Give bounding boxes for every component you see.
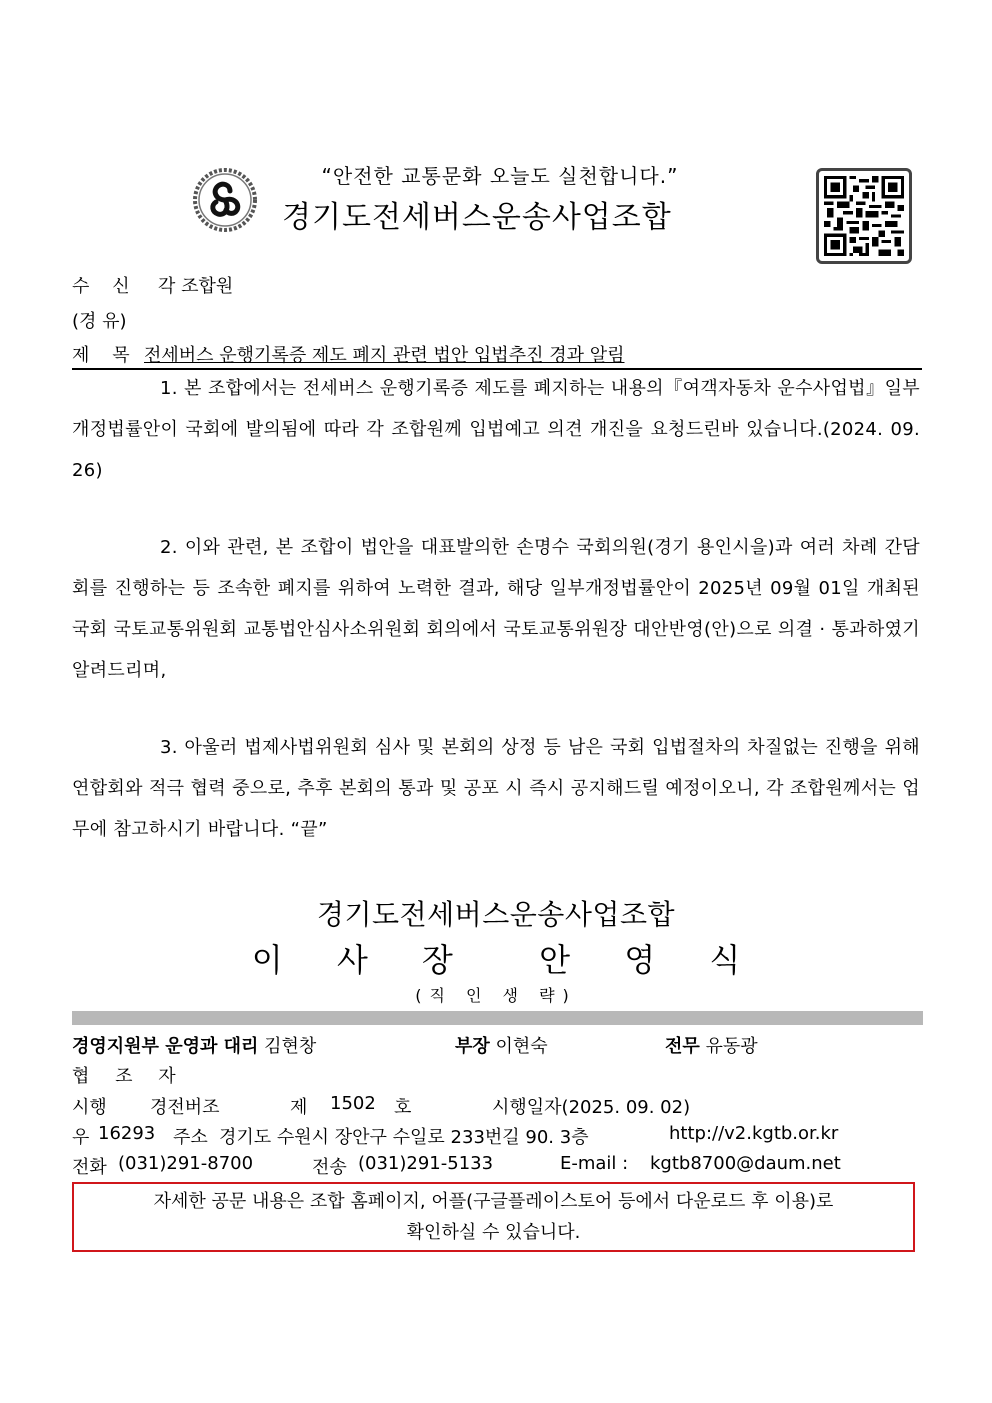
address-label: 주소 — [173, 1123, 208, 1149]
staff-item: 전무 유동광 — [665, 1032, 758, 1058]
staff-name: 김현창 — [264, 1036, 316, 1057]
doc-number-suffix: 호 — [394, 1093, 411, 1119]
recipient-row: 수 신각 조합원 — [72, 272, 233, 298]
enforcement-dept: 경전버조 — [150, 1093, 220, 1119]
notice-box: 자세한 공문 내용은 조합 홈페이지, 어플(구글플레이스토어 등에서 다운로드… — [72, 1182, 915, 1252]
org-title: 경기도전세버스운송사업조합 — [282, 192, 672, 236]
address-value: 경기도 수원시 장안구 수일로 233번길 90. 3층 — [219, 1123, 589, 1149]
email-link[interactable]: kgtb8700@daum.net — [650, 1153, 841, 1174]
recipient-label: 수 신 — [72, 272, 158, 298]
phone-value: (031)291-8700 — [118, 1153, 253, 1174]
doc-number-prefix: 제 — [290, 1093, 307, 1119]
address-row: 우 16293 주소 경기도 수원시 장안구 수일로 233번길 90. 3층 … — [72, 1123, 922, 1147]
subject-value: 전세버스 운행기록증 제도 폐지 관련 법안 입법추진 경과 알림 — [144, 345, 624, 366]
signature-title-name: 이 사 장 안 영 식 — [0, 935, 992, 981]
fax-label: 전송 — [312, 1153, 347, 1179]
qr-code-icon[interactable] — [816, 168, 912, 264]
postal-label: 우 — [72, 1123, 89, 1149]
staff-row: 경영지원부 운영과 대리 김현창 부장 이현숙 전무 유동광 — [72, 1032, 922, 1056]
body-paragraph-3: 3. 아울러 법제사법위원회 심사 및 본회의 상정 등 남은 국회 입법절차의… — [72, 727, 920, 850]
notice-line-2: 확인하실 수 있습니다. — [74, 1217, 913, 1248]
slogan: “안전한 교통문화 오늘도 실천합니다.” — [300, 160, 700, 189]
contact-row: 전화 (031)291-8700 전송 (031)291-5133 E-mail… — [72, 1153, 922, 1177]
body-paragraph-2: 2. 이와 관련, 본 조합이 법안을 대표발의한 손명수 국회의원(경기 용인… — [72, 527, 920, 691]
staff-name: 이현숙 — [496, 1036, 548, 1057]
staff-role: 경영지원부 운영과 대리 — [72, 1036, 258, 1057]
divider-bar — [72, 1011, 923, 1025]
staff-role: 전무 — [665, 1036, 700, 1057]
recipient-value: 각 조합원 — [158, 276, 233, 297]
email-label: E-mail : — [560, 1153, 628, 1174]
phone-label: 전화 — [72, 1153, 107, 1179]
enforcement-label: 시행 — [72, 1093, 107, 1119]
fax-value: (031)291-5133 — [358, 1153, 493, 1174]
notice-line-1: 자세한 공문 내용은 조합 홈페이지, 어플(구글플레이스토어 등에서 다운로드… — [74, 1186, 913, 1217]
via-row: (경 유) — [72, 307, 127, 333]
cooperator-label: 협 조 자 — [72, 1062, 186, 1088]
enforcement-date: 시행일자(2025. 09. 02) — [492, 1093, 690, 1119]
subject-row: 제 목전세버스 운행기록증 제도 폐지 관련 법안 입법추진 경과 알림 — [72, 341, 922, 370]
enforcement-row: 시행 경전버조 제 1502 호 시행일자(2025. 09. 02) — [72, 1093, 922, 1117]
staff-item: 부장 이현숙 — [455, 1032, 548, 1058]
seal-note: (직 인 생 략) — [0, 983, 992, 1006]
signature-org-name: 경기도전세버스운송사업조합 — [0, 893, 992, 933]
staff-name: 유동광 — [706, 1036, 758, 1057]
subject-label: 제 목 — [72, 341, 144, 367]
staff-role: 부장 — [455, 1036, 490, 1057]
doc-number: 1502 — [330, 1093, 376, 1114]
website-link[interactable]: http://v2.kgtb.or.kr — [669, 1123, 838, 1144]
association-emblem-icon — [192, 167, 258, 233]
body-paragraph-1: 1. 본 조합에서는 전세버스 운행기록증 제도를 폐지하는 내용의『여객자동차… — [72, 368, 920, 491]
staff-item: 경영지원부 운영과 대리 김현창 — [72, 1032, 316, 1058]
postal-code: 16293 — [98, 1123, 155, 1144]
